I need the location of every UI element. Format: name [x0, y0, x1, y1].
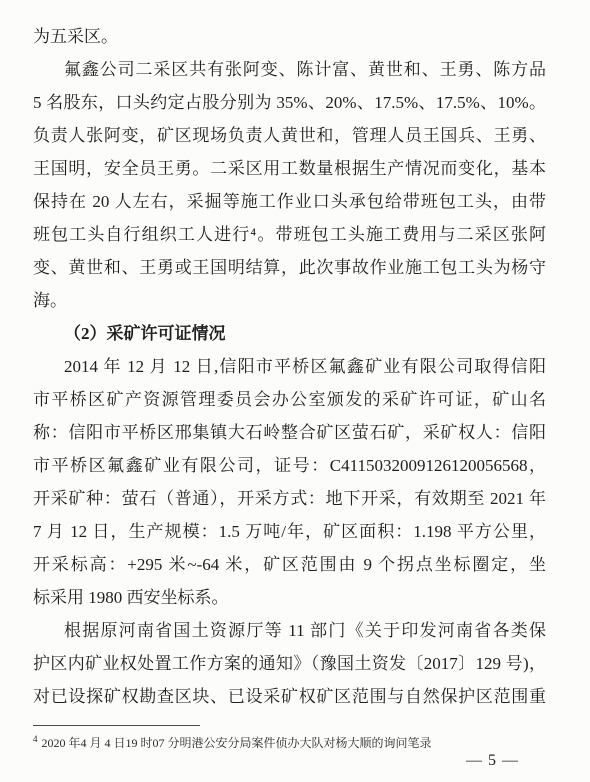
text-line: 开采矿种：萤石（普通），开采方式：地下开采，有效期至 2021 年	[33, 482, 546, 515]
text-line: 负责人张阿变，矿区现场负责人黄世和，管理人员王国兵、王勇、	[33, 119, 546, 152]
text-line: 市平桥区氟鑫矿业有限公司，证号：C4115032009126120056568，	[33, 449, 546, 482]
text-line: 班包工头自行组织工人进行⁴。带班包工头施工费用与二采区张阿	[33, 218, 546, 251]
text-line: 海。	[33, 284, 546, 317]
footnote-separator	[33, 725, 200, 726]
text-line: 2014 年 12 月 12 日,信阳市平桥区氟鑫矿业有限公司取得信阳	[33, 350, 546, 383]
text-line: 对已设探矿权勘查区块、已设采矿权矿区范围与自然保护区范围重	[33, 680, 546, 713]
text-line: 称：信阳市平桥区邢集镇大石岭整合矿区萤石矿，采矿权人：信阳	[33, 416, 546, 449]
text-line: 根据原河南省国土资源厅等 11 部门《关于印发河南省各类保	[33, 614, 546, 647]
text-block: 为五采区。氟鑫公司二采区共有张阿变、陈计富、黄世和、王勇、陈方品5 名股东，口头…	[33, 20, 546, 713]
text-line: 王国明，安全员王勇。二采区用工数量根据生产情况而变化，基本	[33, 152, 546, 185]
text-line: 护区内矿业权处置工作方案的通知》（豫国土资发〔2017〕129 号)，	[33, 647, 546, 680]
text-line: 标采用 1980 西安坐标系。	[33, 581, 546, 614]
page-number: — 5 —	[450, 752, 535, 770]
text-line: 保持在 20 人左右，采掘等施工作业口头承包给带班包工头，由带	[33, 185, 546, 218]
text-line: 变、黄世和、王勇或王国明结算，此次事故作业施工包工头为杨守	[33, 251, 546, 284]
document-page: 为五采区。氟鑫公司二采区共有张阿变、陈计富、黄世和、王勇、陈方品5 名股东，口头…	[0, 0, 590, 782]
text-line: 开采标高：+295 米~-64 米，矿区范围由 9 个拐点坐标圈定，坐	[33, 548, 546, 581]
text-line: 市平桥区矿产资源管理委员会办公室颁发的采矿许可证，矿山名	[33, 383, 546, 416]
footnote-text: 2020 年4 月 4 日19 时07 分明港公安分局案件侦办大队对杨大顺的询问…	[42, 736, 432, 750]
text-line: 7 月 12 日，生产规模：1.5 万吨/年，矿区面积：1.198 平方公里，	[33, 515, 546, 548]
footnote-marker: 4	[33, 734, 38, 744]
text-line: 为五采区。	[33, 20, 546, 53]
section-heading: （2）采矿许可证情况	[33, 317, 546, 350]
text-line: 5 名股东，口头约定占股分别为 35%、20%、17.5%、17.5%、10%。	[33, 86, 546, 119]
text-line: 氟鑫公司二采区共有张阿变、陈计富、黄世和、王勇、陈方品	[33, 53, 546, 86]
footnote: 42020 年4 月 4 日19 时07 分明港公安分局案件侦办大队对杨大顺的询…	[33, 731, 533, 752]
